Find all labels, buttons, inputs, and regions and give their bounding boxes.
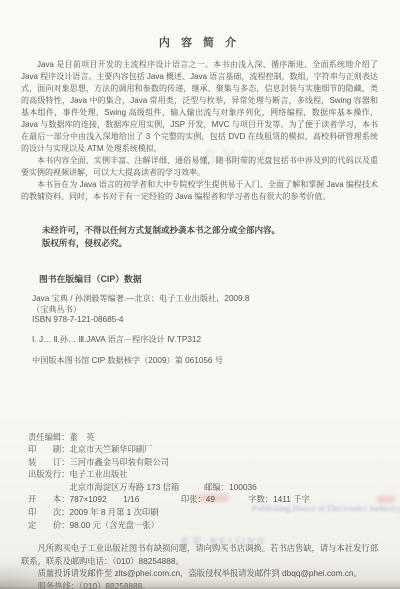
colophon-label: 印 刷：: [28, 444, 70, 454]
copyright-notice-line: 未经许可，不得以任何方式复制或抄袭本书之部分或全部内容。: [42, 224, 378, 237]
colophon-value: 98.00 元（含光盘一张）: [70, 520, 159, 530]
intro-paragraph: 本书内容全面、实例丰富、注解详细、通俗易懂，随书附带的光盘包括书中涉及到的代码以…: [21, 155, 378, 179]
colophon-row-publisher: 出版发行：电子工业出版社: [28, 468, 378, 481]
colophon-label: 装 订：: [28, 457, 70, 467]
cip-data-section: 图书在版编目（CIP）数据 Java 宝典 / 孙浏毅等编著.—北京：电子工业出…: [21, 272, 378, 367]
colophon-row-price: 定 价：98.00 元（含光盘一张）: [28, 519, 378, 532]
colophon-row-printer: 印 刷：北京市天竺颖华印刷厂: [28, 443, 378, 456]
copyright-notice-line: 版权所有，侵权必究。: [42, 237, 378, 250]
cip-series-line: （宝典丛书）: [32, 305, 378, 316]
colophon-row-format: 开 本：787×1092 1/16 印张：49 字数：1411 千字: [28, 493, 378, 506]
intro-section: Java 是目前项目开发的主流程序设计语言之一。本书由浅入深、循序渐进、全面系统…: [21, 59, 378, 203]
copyright-notice: 未经许可，不得以任何方式复制或抄袭本书之部分或全部内容。 版权所有，侵权必究。: [42, 224, 378, 250]
colophon-row-binding: 装 订：三河市鑫金马印装有限公司: [28, 456, 378, 469]
colophon-row-address: 北京市海淀区万寿路 173 信箱 邮编：100036: [28, 481, 378, 494]
colophon-value: 北京市天竺颖华印刷厂: [70, 444, 153, 454]
service-info-line: 质量投诉请发邮件至 zlts@phei.com.cn，盗版侵权举报请发邮件到 d…: [21, 567, 378, 580]
colophon-label: 印 次：: [28, 507, 70, 517]
book-copyright-page: SYSL Publishing House of Electronics Ind…: [0, 0, 400, 589]
colophon-label: 定 价：: [28, 520, 70, 530]
colophon-value: 2009 年 8 月第 1 次印刷: [70, 507, 159, 517]
service-info-section: 凡所购买电子工业出版社图书有缺损问题，请向购买书店调换。若书店售缺，请与本社发行…: [21, 542, 378, 589]
colophon-label: 开 本：: [28, 494, 70, 504]
colophon-row-impression: 印 次：2009 年 8 月第 1 次印刷: [28, 506, 378, 519]
scan-artifact-smudge: [377, 496, 395, 503]
cip-heading: 图书在版编目（CIP）数据: [39, 272, 378, 285]
intro-paragraph: Java 是目前项目开发的主流程序设计语言之一。本书由浅入深、循序渐进、全面系统…: [21, 59, 378, 155]
colophon-label: 出版发行：: [28, 469, 70, 479]
page-content: 内 容 简 介 Java 是目前项目开发的主流程序设计语言之一。本书由浅入深、循…: [21, 34, 378, 589]
colophon-label: 责任编辑：: [28, 432, 70, 442]
colophon-value: 北京市海淀区万寿路 173 信箱 邮编：100036: [70, 482, 257, 492]
colophon-value: 787×1092 1/16 印张：49 字数：1411 千字: [70, 494, 310, 504]
colophon-row-editor: 责任编辑：董 英: [28, 431, 378, 444]
colophon-value: 董 英: [70, 432, 95, 442]
colophon-section: 责任编辑：董 英 印 刷：北京市天竺颖华印刷厂 装 订：三河市鑫金马印装有限公司…: [28, 431, 378, 532]
colophon-value: 三河市鑫金马印装有限公司: [70, 457, 170, 467]
cip-registry-line: 中国版本图书馆 CIP 数据核字（2009）第 061056 号: [32, 356, 378, 367]
cip-entry-line: Java 宝典 / 孙浏毅等编著.—北京：电子工业出版社，2009.8: [32, 294, 378, 305]
colophon-value: 电子工业出版社: [70, 469, 128, 479]
cip-isbn-line: ISBN 978-7-121-08685-4: [32, 315, 378, 326]
service-info-line: 凡所购买电子工业出版社图书有缺损问题，请向购买书店调换。若书店售缺，请与本社发行…: [21, 542, 378, 567]
cip-classification-line: Ⅰ. J… Ⅱ.孙… Ⅲ.JAVA 语言－程序设计 Ⅳ.TP312: [32, 335, 378, 346]
colophon-label: [28, 482, 70, 492]
intro-paragraph: 本书旨在为 Java 语言的初学者和大中专院校学生提供易于入门、全面了解和掌握 …: [21, 179, 378, 203]
service-info-line: 服务热线：（010）88258888。: [21, 580, 378, 589]
page-title: 内 容 简 介: [21, 34, 378, 50]
